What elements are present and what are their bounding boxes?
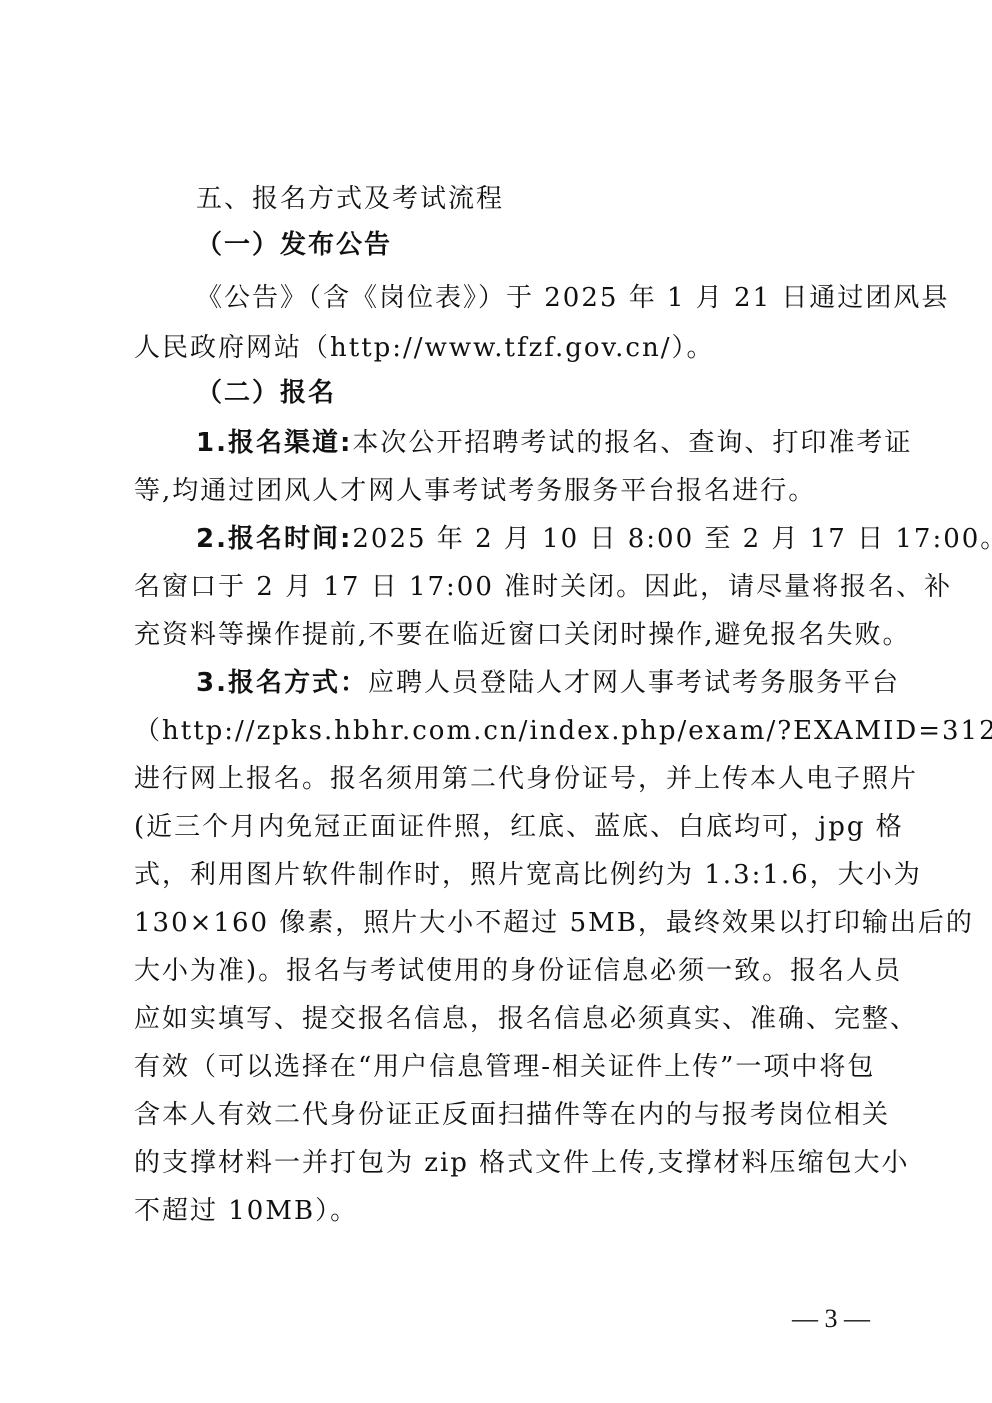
page-number: — 3 — bbox=[780, 1304, 870, 1334]
item-text: 本次公开招聘考试的报名、查询、打印准考证 bbox=[352, 428, 912, 458]
item-channel: 1.报名渠道:本次公开招聘考试的报名、查询、打印准考证 bbox=[196, 428, 870, 458]
paragraph-line: 进行网上报名。报名须用第二代身份证号，并上传本人电子照片 bbox=[134, 764, 870, 794]
paragraph-line: 等,均通过团风人才网人事考试考务服务平台报名进行。 bbox=[134, 476, 870, 506]
document-page: 五、报名方式及考试流程 （一）发布公告 《公告》（含《岗位表》）于 2025 年… bbox=[0, 0, 992, 1403]
paragraph-line: 大小为准)。报名与考试使用的身份证信息必须一致。报名人员 bbox=[134, 956, 870, 986]
item-time: 2.报名时间:2025 年 2 月 10 日 8:00 至 2 月 17 日 1… bbox=[196, 524, 870, 554]
subsection-heading-register: （二）报名 bbox=[196, 378, 870, 408]
item-label: 1.报名渠道: bbox=[196, 428, 352, 458]
item-label: 2.报名时间: bbox=[196, 524, 352, 554]
subsection-heading-publish: （一）发布公告 bbox=[196, 230, 870, 260]
paragraph-line: 《公告》（含《岗位表》）于 2025 年 1 月 21 日通过团风县 bbox=[196, 283, 870, 313]
paragraph-line: 充资料等操作提前,不要在临近窗口关闭时操作,避免报名失败。 bbox=[134, 620, 870, 650]
paragraph-line: (近三个月内免冠正面证件照，红底、蓝底、白底均可，jpg 格 bbox=[134, 812, 870, 842]
paragraph-line: 有效（可以选择在“用户信息管理-相关证件上传”一项中将包 bbox=[134, 1052, 870, 1082]
paragraph-line: 不超过 10MB）。 bbox=[134, 1196, 870, 1226]
item-text: 2025 年 2 月 10 日 8:00 至 2 月 17 日 17:00。报 bbox=[352, 524, 992, 554]
paragraph-line: 含本人有效二代身份证正反面扫描件等在内的与报考岗位相关 bbox=[134, 1100, 870, 1130]
item-label: 3.报名方式： bbox=[196, 668, 368, 698]
paragraph-line: 式，利用图片软件制作时，照片宽高比例约为 1.3:1.6，大小为 bbox=[134, 860, 870, 890]
paragraph-line: 的支撑材料一并打包为 zip 格式文件上传,支撑材料压缩包大小 bbox=[134, 1148, 870, 1178]
paragraph-line: 人民政府网站（http://www.tfzf.gov.cn/）。 bbox=[134, 333, 870, 363]
paragraph-line: 应如实填写、提交报名信息，报名信息必须真实、准确、完整、 bbox=[134, 1004, 870, 1034]
section-heading: 五、报名方式及考试流程 bbox=[196, 184, 870, 214]
paragraph-line: 名窗口于 2 月 17 日 17:00 准时关闭。因此，请尽量将报名、补 bbox=[134, 572, 870, 602]
item-method: 3.报名方式：应聘人员登陆人才网人事考试考务服务平台 bbox=[196, 668, 870, 698]
item-text: 应聘人员登陆人才网人事考试考务服务平台 bbox=[368, 668, 900, 698]
paragraph-line: 130×160 像素，照片大小不超过 5MB，最终效果以打印输出后的 bbox=[134, 908, 870, 938]
registration-url-line: （http://zpks.hbhr.com.cn/index.php/exam/… bbox=[134, 716, 870, 746]
